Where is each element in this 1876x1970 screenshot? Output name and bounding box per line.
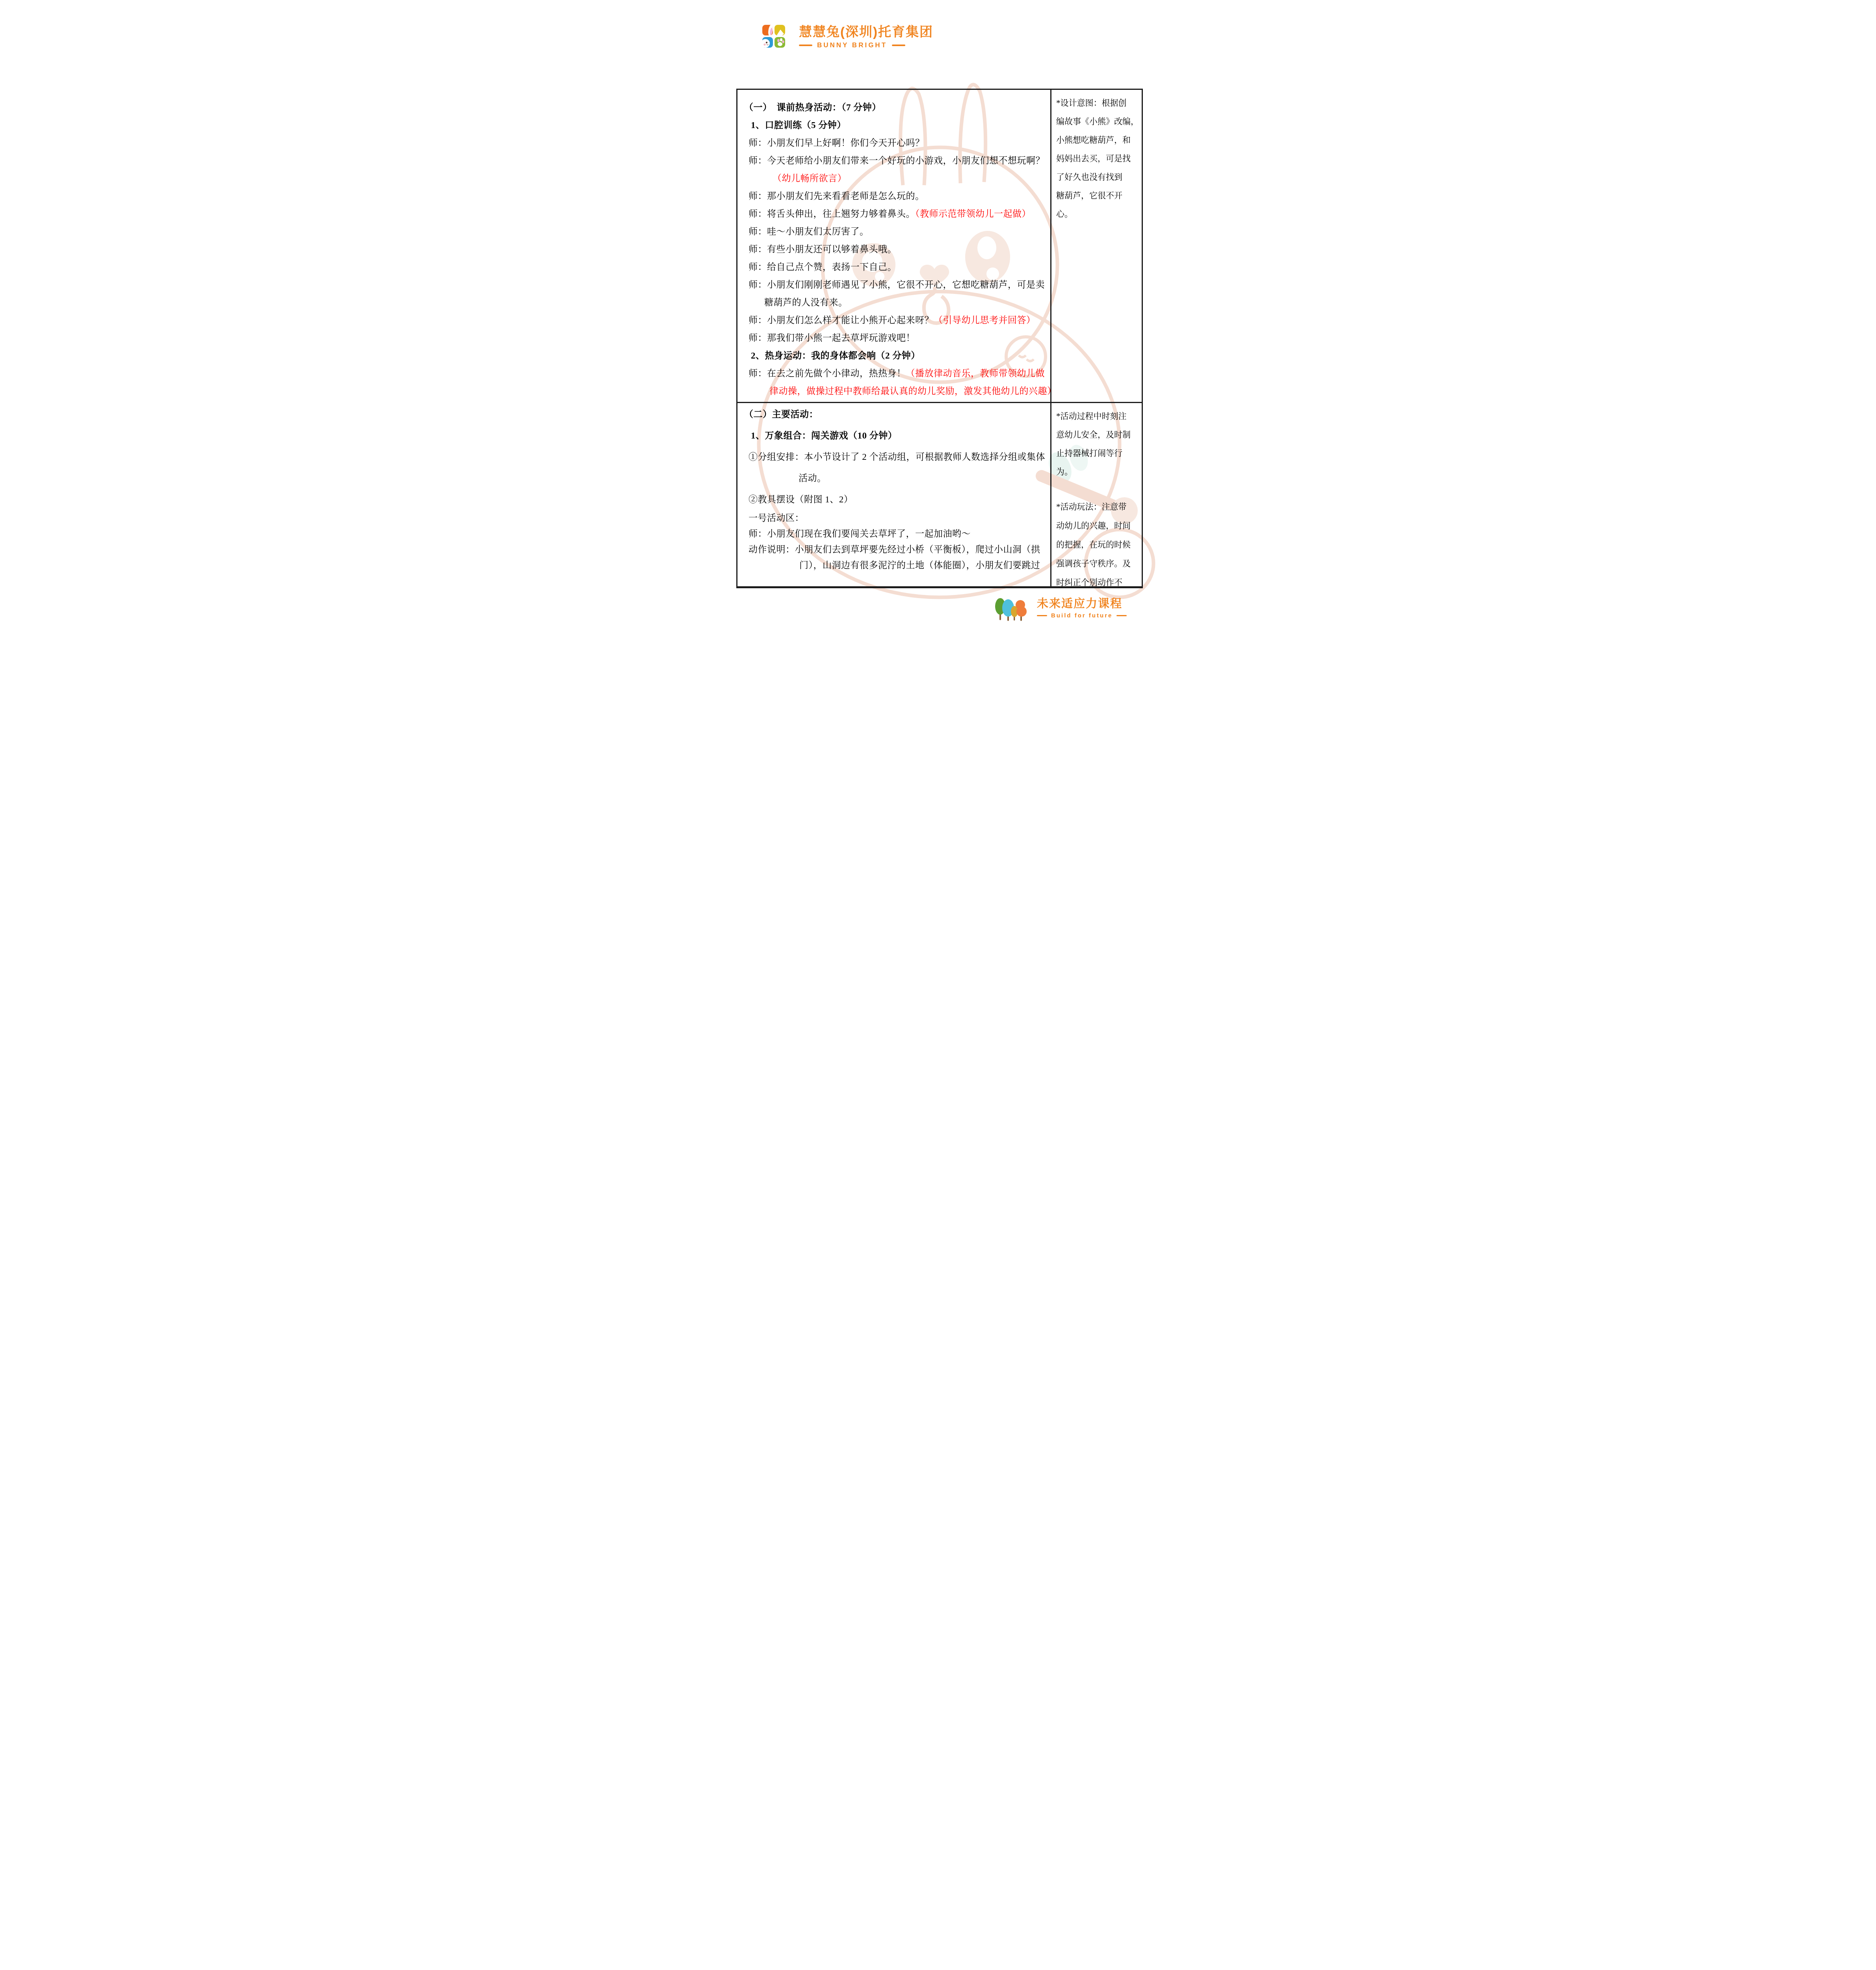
text-line: 强调孩子守秩序。及 bbox=[1056, 554, 1140, 573]
text-segment: 师：有些小朋友还可以够着鼻头哦。 bbox=[749, 244, 897, 254]
text-segment: 为。 bbox=[1056, 467, 1073, 476]
table-cell-design-intent: *设计意图：根据创编故事《小熊》改编，小熊想吃糖葫芦，和妈妈出去买，可是找了好久… bbox=[1051, 90, 1142, 403]
text-segment: 师：那小朋友们先来看看老师是怎么玩的。 bbox=[749, 191, 925, 201]
text-segment: *活动过程中时刻注 bbox=[1056, 411, 1127, 421]
annotation-text: （播放律动音乐，教师带领幼儿做 bbox=[906, 368, 1045, 378]
text-line: *设计意图：根据创 bbox=[1056, 94, 1140, 112]
text-segment: 强调孩子守秩序。及 bbox=[1056, 559, 1131, 568]
annotation-text: （教师示范带领幼儿一起做） bbox=[915, 209, 1031, 219]
text-line: 糖葫芦的人没有来。 bbox=[742, 294, 1047, 311]
text-segment: 活动。 bbox=[799, 473, 827, 483]
text-segment: 糖葫芦的人没有来。 bbox=[764, 297, 848, 307]
bunny-bright-logo-icon bbox=[762, 24, 786, 48]
text-line: 1、口腔训练（5 分钟） bbox=[742, 116, 1047, 134]
text-line: *活动玩法：注意带 bbox=[1056, 497, 1140, 516]
text-line: 师：哇～小朋友们太厉害了。 bbox=[742, 223, 1047, 240]
dash-line bbox=[1116, 615, 1127, 616]
text-line: 的把握，在玩的时候 bbox=[1056, 535, 1140, 554]
text-segment: 时纠正个别动作不 bbox=[1056, 578, 1122, 586]
text-line: 1、万象组合：闯关游戏（10 分钟） bbox=[742, 425, 1047, 446]
brand-name-chinese: 慧慧兔(深圳)托育集团 bbox=[799, 24, 933, 39]
text-line: 动幼儿的兴趣，时间 bbox=[1056, 516, 1140, 535]
text-line: 活动。 bbox=[742, 468, 1047, 489]
footer-brand-english: Build for future bbox=[1037, 612, 1127, 619]
text-line: ①分组安排：本小节设计了 2 个活动组，可根据教师人数选择分组或集体 bbox=[742, 446, 1047, 468]
table-cell-main-activity: （二）主要活动：1、万象组合：闯关游戏（10 分钟）①分组安排：本小节设计了 2… bbox=[737, 403, 1051, 586]
text-line: 师：有些小朋友还可以够着鼻头哦。 bbox=[742, 240, 1047, 258]
text-line: 编故事《小熊》改编， bbox=[1056, 112, 1140, 131]
text-line: 一号活动区： bbox=[742, 510, 1047, 526]
text-line: 师：小朋友们怎么样才能让小熊开心起来呀？（引导幼儿思考并回答） bbox=[742, 311, 1047, 329]
annotation-text: （幼儿畅所欲言） bbox=[773, 173, 847, 183]
text-segment: *活动玩法：注意带 bbox=[1056, 502, 1127, 511]
text-line: 为。 bbox=[1056, 463, 1140, 481]
text-segment: 师：在去之前先做个小律动，热热身！ bbox=[749, 368, 906, 378]
annotation-text: 律动操，做操过程中教师给最认真的幼儿奖励，激发其他幼儿的兴趣） bbox=[769, 386, 1051, 396]
text-segment: 1、万象组合：闯关游戏（10 分钟） bbox=[751, 431, 897, 440]
text-segment: 糖葫芦，它很不开 bbox=[1056, 191, 1122, 200]
text-segment: 意幼儿安全，及时制 bbox=[1056, 430, 1131, 439]
table-cell-activity-notes: *活动过程中时刻注意幼儿安全，及时制止持器械打闹等行为。*活动玩法：注意带动幼儿… bbox=[1051, 403, 1142, 586]
text-segment: 门），山洞边有很多泥泞的土地（体能圈），小朋友们要跳过 bbox=[799, 560, 1040, 570]
text-line: 师：小朋友们现在我们要闯关去草坪了，一起加油哟～ bbox=[742, 526, 1047, 542]
text-line: 师：小朋友们刚刚老师遇见了小熊，它很不开心，它想吃糖葫芦，可是卖 bbox=[742, 276, 1047, 294]
text-segment: 师：小朋友们刚刚老师遇见了小熊，它很不开心，它想吃糖葫芦，可是卖 bbox=[749, 280, 1045, 290]
header-logo: 慧慧兔(深圳)托育集团 BUNNY BRIGHT bbox=[762, 24, 933, 49]
text-line: 门），山洞边有很多泥泞的土地（体能圈），小朋友们要跳过 bbox=[742, 558, 1047, 573]
text-segment: 2、热身运动：我的身体都会响（2 分钟） bbox=[751, 351, 920, 361]
text-line: 妈妈出去买，可是找 bbox=[1056, 149, 1140, 168]
text-segment: 1、口腔训练（5 分钟） bbox=[751, 120, 846, 130]
text-segment: 止持器械打闹等行 bbox=[1056, 448, 1122, 458]
text-line: 止持器械打闹等行 bbox=[1056, 444, 1140, 463]
dash-line bbox=[1037, 615, 1047, 616]
text-line: （一） 课前热身活动：（7 分钟） bbox=[742, 98, 1047, 116]
text-line: 小熊想吃糖葫芦，和 bbox=[1056, 131, 1140, 149]
brand-name-english: BUNNY BRIGHT bbox=[799, 41, 933, 49]
text-segment: 动作说明：小朋友们去到草坪要先经过小桥（平衡板），爬过小山洞（拱 bbox=[749, 545, 1040, 554]
text-line: 师：那我们带小熊一起去草坪玩游戏吧！ bbox=[742, 329, 1047, 347]
text-segment: 师：小朋友们现在我们要闯关去草坪了，一起加油哟～ bbox=[749, 529, 971, 539]
dash-line bbox=[892, 45, 905, 46]
text-segment: 小熊想吃糖葫芦，和 bbox=[1056, 135, 1131, 145]
text-segment: 师：小朋友们怎么样才能让小熊开心起来呀？ bbox=[749, 315, 934, 325]
text-line: 师：在去之前先做个小律动，热热身！（播放律动音乐，教师带领幼儿做 bbox=[742, 364, 1047, 382]
text-segment: 了好久也没有找到 bbox=[1056, 172, 1122, 182]
text-line: ②教具摆设（附图 1、2） bbox=[742, 489, 1047, 510]
text-line: 师：给自己点个赞，表扬一下自己。 bbox=[742, 258, 1047, 276]
text-line: *活动过程中时刻注 bbox=[1056, 407, 1140, 426]
text-segment: 心。 bbox=[1056, 209, 1073, 219]
text-segment: 师：小朋友们早上好啊！你们今天开心吗？ bbox=[749, 138, 925, 148]
footer-brand-chinese: 未来适应力课程 bbox=[1037, 597, 1127, 611]
text-segment: ②教具摆设（附图 1、2） bbox=[749, 494, 853, 504]
text-segment: *设计意图：根据创 bbox=[1056, 98, 1127, 108]
text-segment: 师：那我们带小熊一起去草坪玩游戏吧！ bbox=[749, 333, 915, 343]
text-segment: 师：今天老师给小朋友们带来一个好玩的小游戏，小朋友们想不想玩啊？ bbox=[749, 156, 1045, 165]
document-page: 慧慧兔(深圳)托育集团 BUNNY BRIGHT （一） 课前热身活动：（7 分… bbox=[704, 0, 1172, 663]
text-line: （二）主要活动： bbox=[742, 404, 1047, 425]
text-line: 师：小朋友们早上好啊！你们今天开心吗？ bbox=[742, 134, 1047, 152]
text-segment: ①分组安排：本小节设计了 2 个活动组，可根据教师人数选择分组或集体 bbox=[749, 452, 1045, 462]
text-segment: 动幼儿的兴趣，时间 bbox=[1056, 521, 1131, 530]
text-segment: 一号活动区： bbox=[749, 513, 804, 523]
trees-icon bbox=[994, 597, 1031, 623]
text-segment: 师：给自己点个赞，表扬一下自己。 bbox=[749, 262, 897, 272]
text-line: 了好久也没有找到 bbox=[1056, 168, 1140, 186]
text-segment: （一） 课前热身活动：（7 分钟） bbox=[744, 102, 881, 112]
footer-en-text: Build for future bbox=[1051, 612, 1113, 619]
text-line: 律动操，做操过程中教师给最认真的幼儿奖励，激发其他幼儿的兴趣） bbox=[742, 382, 1047, 400]
note-block: *活动玩法：注意带动幼儿的兴趣，时间的把握，在玩的时候强调孩子守秩序。及时纠正个… bbox=[1056, 497, 1140, 586]
text-line: 师：那小朋友们先来看看老师是怎么玩的。 bbox=[742, 187, 1047, 205]
footer-logo: 未来适应力课程 Build for future bbox=[994, 597, 1127, 623]
text-segment: 师：哇～小朋友们太厉害了。 bbox=[749, 227, 869, 236]
text-line: （幼儿畅所欲言） bbox=[742, 169, 1047, 187]
annotation-text: （引导幼儿思考并回答） bbox=[934, 315, 1036, 325]
text-segment: （二）主要活动： bbox=[744, 409, 818, 419]
text-line: 心。 bbox=[1056, 205, 1140, 223]
dash-line bbox=[799, 45, 812, 46]
text-line: 2、热身运动：我的身体都会响（2 分钟） bbox=[742, 347, 1047, 364]
text-segment: 师：将舌头伸出，往上翘努力够着鼻头。 bbox=[749, 209, 915, 219]
text-line: 意幼儿安全，及时制 bbox=[1056, 426, 1140, 444]
text-line: 糖葫芦，它很不开 bbox=[1056, 186, 1140, 205]
table-cell-warmup-script: （一） 课前热身活动：（7 分钟）1、口腔训练（5 分钟）师：小朋友们早上好啊！… bbox=[737, 90, 1051, 403]
text-line: 时纠正个别动作不 bbox=[1056, 573, 1140, 586]
note-block: *活动过程中时刻注意幼儿安全，及时制止持器械打闹等行为。 bbox=[1056, 407, 1140, 481]
text-segment: 编故事《小熊》改编， bbox=[1056, 117, 1139, 126]
text-line: 动作说明：小朋友们去到草坪要先经过小桥（平衡板），爬过小山洞（拱 bbox=[742, 542, 1047, 558]
text-line: 师：将舌头伸出，往上翘努力够着鼻头。（教师示范带领幼儿一起做） bbox=[742, 205, 1047, 223]
text-segment: 妈妈出去买，可是找 bbox=[1056, 154, 1131, 163]
lesson-plan-table: （一） 课前热身活动：（7 分钟）1、口腔训练（5 分钟）师：小朋友们早上好啊！… bbox=[736, 89, 1143, 588]
brand-en-text: BUNNY BRIGHT bbox=[817, 41, 887, 49]
text-segment: 的把握，在玩的时候 bbox=[1056, 540, 1131, 549]
text-line: 师：今天老师给小朋友们带来一个好玩的小游戏，小朋友们想不想玩啊？ bbox=[742, 152, 1047, 169]
